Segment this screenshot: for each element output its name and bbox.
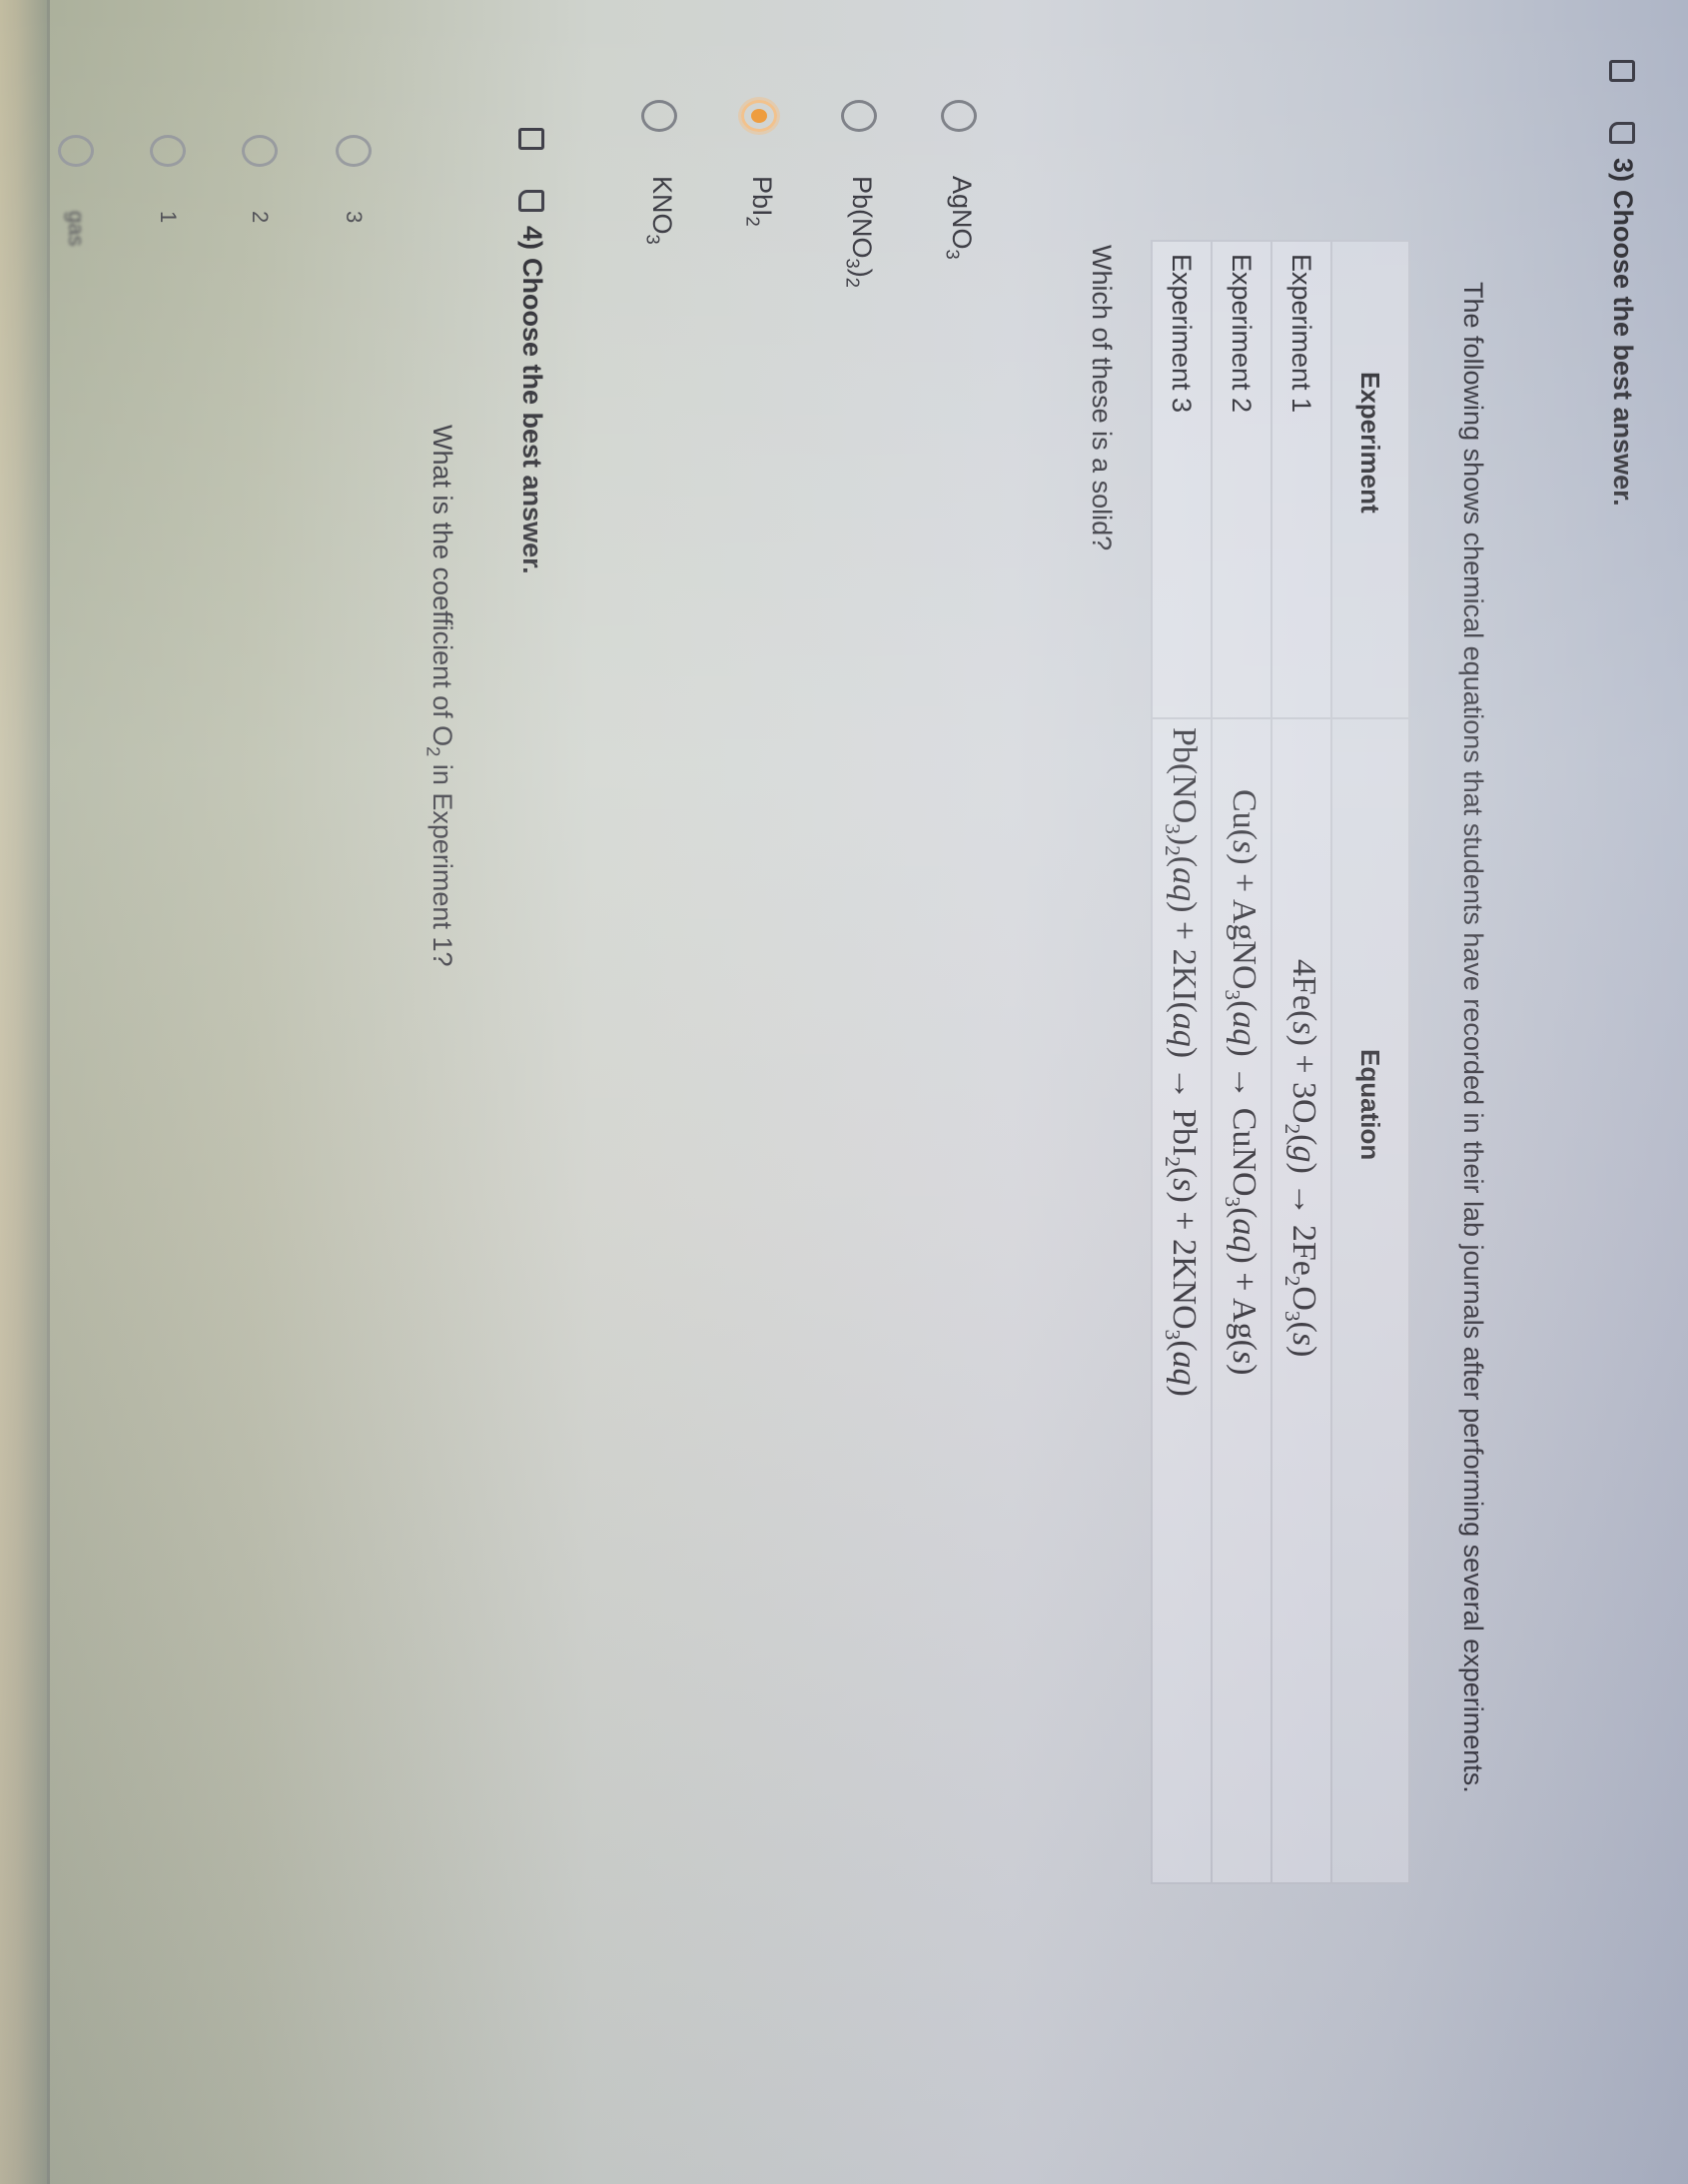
experiment-cell: Experiment 3 xyxy=(1152,241,1212,718)
bookmark-square-icon[interactable] xyxy=(519,128,545,150)
note-icon[interactable] xyxy=(1610,122,1636,144)
option-label: 3 xyxy=(341,211,367,223)
option-kno3[interactable]: KNO3 xyxy=(641,100,677,245)
note-icon[interactable] xyxy=(519,190,545,212)
question-4-number: 4) xyxy=(516,226,547,250)
option-gas[interactable]: gas xyxy=(58,135,94,246)
equation-cell: Cu(s) + AgNO3(aq) → CuNO3(aq) + Ag(s) xyxy=(1212,718,1271,1883)
option-label: 2 xyxy=(247,211,273,223)
table-row: Experiment 3 Pb(NO3)2(aq) + 2KI(aq) → Pb… xyxy=(1152,241,1212,1883)
equation-cell: Pb(NO3)2(aq) + 2KI(aq) → PbI2(s) + 2KNO3… xyxy=(1152,718,1212,1883)
option-label: Pb(NO3)2 xyxy=(841,176,876,288)
column-header-experiment: Experiment xyxy=(1331,241,1409,718)
radio-button[interactable] xyxy=(150,135,186,167)
experiment-cell: Experiment 2 xyxy=(1212,241,1271,718)
radio-button[interactable] xyxy=(242,135,278,167)
option-label: AgNO3 xyxy=(941,176,976,260)
question-3-prompt: Which of these is a solid? xyxy=(1086,245,1117,550)
option-1[interactable]: 1 xyxy=(150,135,186,223)
quiz-page: 3) Choose the best answer. The following… xyxy=(0,0,1688,2184)
equation-cell: 4Fe(s) + 3O2(g) → 2Fe2O3(s) xyxy=(1271,718,1331,1883)
radio-button-selected[interactable] xyxy=(741,100,777,132)
option-agno3[interactable]: AgNO3 xyxy=(941,100,977,260)
screen-bezel xyxy=(0,0,50,2184)
option-2[interactable]: 2 xyxy=(242,135,278,223)
option-pbno32[interactable]: Pb(NO3)2 xyxy=(841,100,877,288)
experiment-cell: Experiment 1 xyxy=(1271,241,1331,718)
option-label: KNO3 xyxy=(641,176,676,245)
option-label: 1 xyxy=(155,211,181,223)
radio-button[interactable] xyxy=(941,100,977,132)
table-row: Experiment 2 Cu(s) + AgNO3(aq) → CuNO3(a… xyxy=(1212,241,1271,1883)
question-4-title: Choose the best answer. xyxy=(516,258,547,574)
table-row: Experiment 1 4Fe(s) + 3O2(g) → 2Fe2O3(s) xyxy=(1271,241,1331,1883)
radio-button[interactable] xyxy=(841,100,877,132)
radio-button[interactable] xyxy=(641,100,677,132)
question-3-intro: The following shows chemical equations t… xyxy=(1457,282,1488,1793)
option-label: PbI2 xyxy=(741,176,776,227)
option-pbi2[interactable]: PbI2 xyxy=(741,100,777,227)
radio-button[interactable] xyxy=(336,135,372,167)
bookmark-square-icon[interactable] xyxy=(1610,60,1636,82)
question-3-title: Choose the best answer. xyxy=(1607,190,1638,507)
equations-table: Experiment Equation Experiment 1 4Fe(s) … xyxy=(1151,240,1410,1884)
column-header-equation: Equation xyxy=(1331,718,1409,1883)
question-4-prompt: What is the coefficient of O2 in Experim… xyxy=(422,425,457,966)
option-3[interactable]: 3 xyxy=(336,135,372,223)
table-header-row: Experiment Equation xyxy=(1331,241,1409,1883)
question-4-header: 4) Choose the best answer. xyxy=(516,128,547,574)
option-label: gas xyxy=(63,211,89,246)
question-3-header: 3) Choose the best answer. xyxy=(1607,60,1638,507)
question-3-number: 3) xyxy=(1607,158,1638,182)
radio-button[interactable] xyxy=(58,135,94,167)
